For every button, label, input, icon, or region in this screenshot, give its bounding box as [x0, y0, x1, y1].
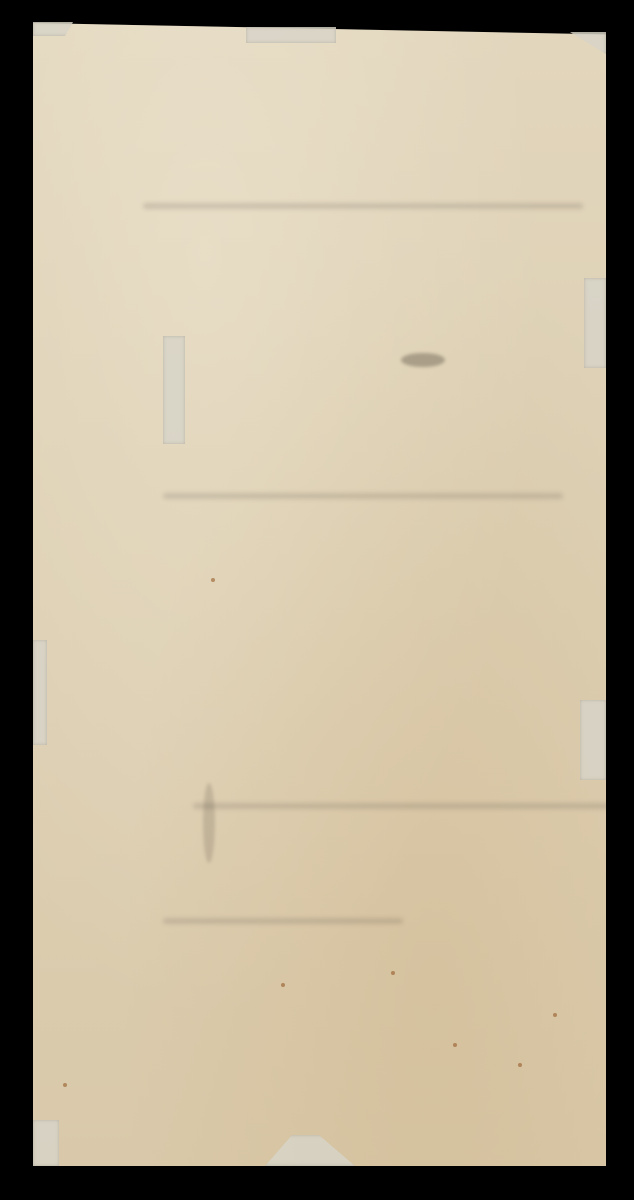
tape-bottom-left: [33, 1120, 59, 1166]
tape-left-middle: [33, 640, 47, 745]
tape-right-lower: [580, 700, 606, 780]
show-through-line: [143, 203, 583, 209]
foxing-spot: [391, 971, 395, 975]
foxing-spot: [453, 1043, 457, 1047]
show-through-line: [193, 803, 623, 809]
pencil-marks: [203, 783, 215, 863]
foxing-spot: [553, 1013, 557, 1017]
paper-sheet: [33, 23, 606, 1166]
photo-canvas: { "image": { "subject": "back of aged pa…: [0, 0, 634, 1200]
tape-top-center: [246, 27, 336, 43]
tape-left-upper: [163, 336, 185, 444]
show-through-line: [163, 493, 563, 499]
foxing-spot: [211, 578, 215, 582]
tape-right-upper: [584, 278, 606, 368]
foxing-spot: [518, 1063, 522, 1067]
ink-smudge: [401, 353, 445, 367]
foxing-spot: [63, 1083, 67, 1087]
foxing-spot: [281, 983, 285, 987]
show-through-line: [163, 918, 403, 924]
